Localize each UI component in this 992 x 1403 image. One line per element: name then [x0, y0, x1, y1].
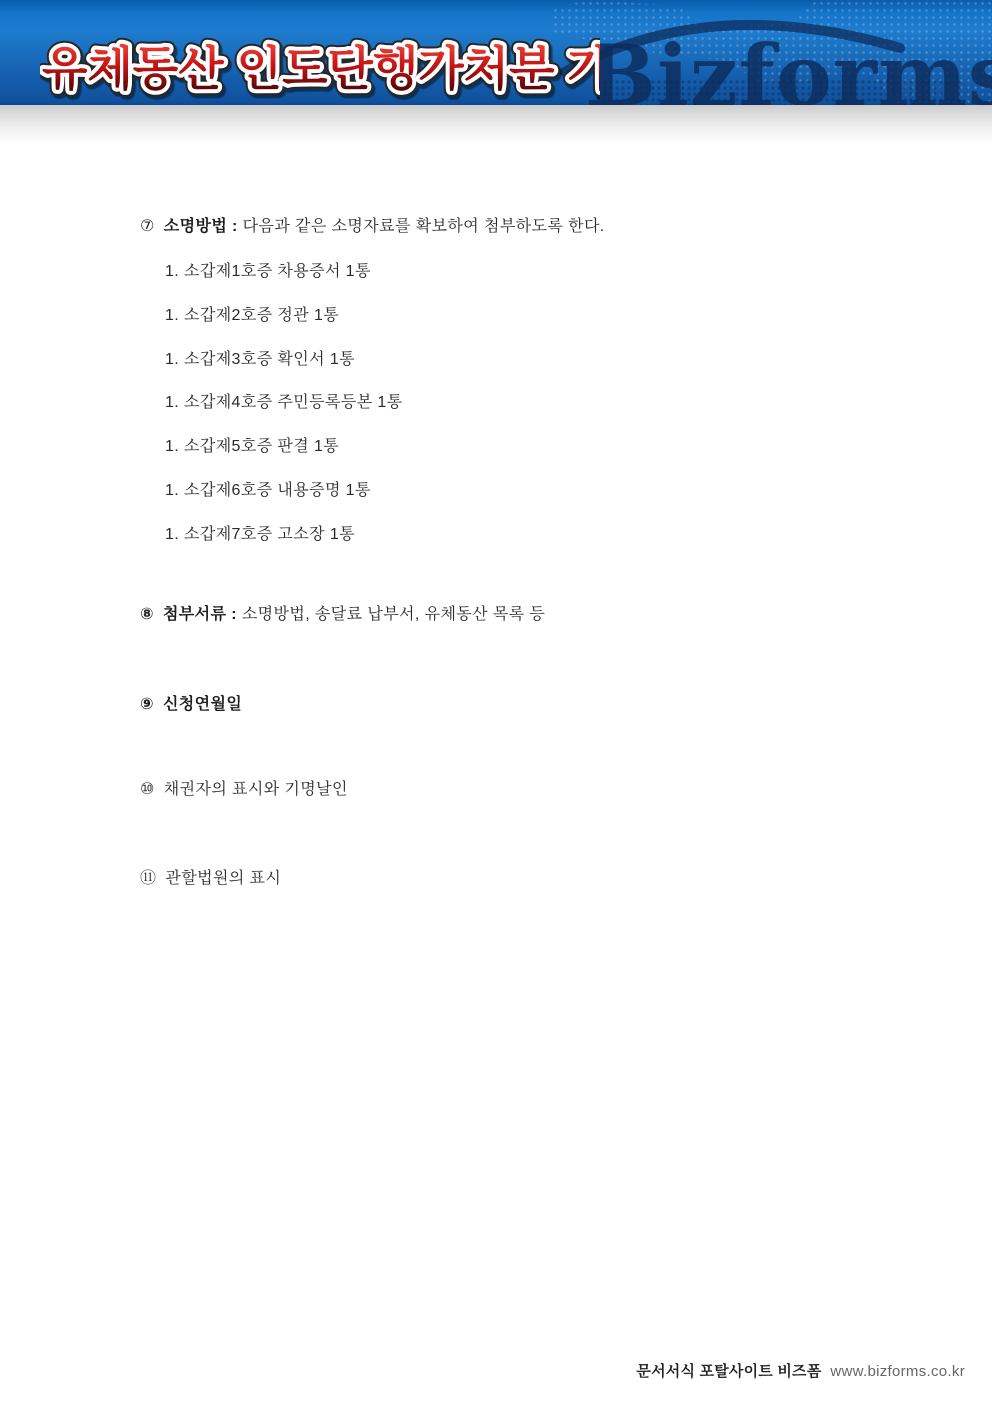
evidence-item-text: 1. 소갑제6호증 내용증명 1통: [165, 482, 371, 499]
item-8-label: 첨부서류: [163, 606, 226, 623]
item-7-text: 다음과 같은 소명자료를 확보하여 첨부하도록 한다.: [243, 218, 605, 235]
item-7-line: ⑦소명방법 : 다음과 같은 소명자료를 확보하여 첨부하도록 한다.: [140, 216, 605, 238]
evidence-item-text: 1. 소갑제7호증 고소장 1통: [165, 526, 355, 543]
footer-url: www.bizforms.co.kr: [830, 1363, 965, 1380]
evidence-list-item: 1. 소갑제7호증 고소장 1통: [165, 524, 355, 546]
evidence-list-item: 1. 소갑제1호증 차용증서 1통: [165, 261, 371, 283]
item-8-text: 소명방법, 송달료 납부서, 유체동산 목록 등: [242, 606, 545, 623]
bizforms-watermark: Bizforms: [585, 34, 992, 105]
evidence-item-text: 1. 소갑제2호증 정관 1통: [165, 307, 339, 324]
item-7-separator: :: [227, 218, 242, 235]
evidence-list-item: 1. 소갑제6호증 내용증명 1통: [165, 480, 371, 502]
header-banner: Bizforms 유체동산 인도단행가처분 가이드북 유체동산 인도단행가처분 …: [0, 0, 992, 105]
evidence-list-item: 1. 소갑제5호증 판결 1통: [165, 436, 339, 458]
evidence-item-text: 1. 소갑제5호증 판결 1통: [165, 438, 339, 455]
evidence-item-text: 1. 소갑제1호증 차용증서 1통: [165, 263, 371, 280]
item-8-line: ⑧첨부서류 : 소명방법, 송달료 납부서, 유체동산 목록 등: [140, 604, 545, 626]
item-9-line: ⑨신청연월일: [140, 694, 242, 716]
document-page: Bizforms 유체동산 인도단행가처분 가이드북 유체동산 인도단행가처분 …: [0, 0, 992, 1403]
item-10-text: 채권자의 표시와 기명날인: [164, 781, 348, 798]
banner-title-graphic: 유체동산 인도단행가처분 가이드북 유체동산 인도단행가처분 가이드북 유체동산…: [40, 28, 600, 105]
evidence-item-text: 1. 소갑제3호증 확인서 1통: [165, 351, 355, 368]
banner-bottom-gradient: [0, 105, 992, 143]
item-11-text: 관할법원의 표시: [165, 870, 281, 887]
item-11-line: ⑪관할법원의 표시: [140, 868, 281, 890]
item-8-separator: :: [226, 606, 241, 623]
item-10-line: ⑩채권자의 표시와 기명날인: [140, 779, 348, 801]
circled-10-marker: ⑩: [140, 781, 155, 798]
circled-8-marker: ⑧: [140, 606, 154, 623]
item-7-label: 소명방법: [164, 218, 227, 235]
evidence-list-item: 1. 소갑제4호증 주민등록등본 1통: [165, 392, 403, 414]
evidence-list-item: 1. 소갑제3호증 확인서 1통: [165, 349, 355, 371]
circled-9-marker: ⑨: [140, 696, 154, 713]
page-title: 유체동산 인도단행가처분 가이드북: [42, 42, 600, 95]
footer-site-label: 문서서식 포탈사이트 비즈폼: [636, 1363, 821, 1380]
circled-7-marker: ⑦: [140, 218, 155, 235]
circled-11-marker: ⑪: [140, 870, 156, 887]
footer: 문서서식 포탈사이트 비즈폼www.bizforms.co.kr: [636, 1362, 965, 1382]
evidence-list-item: 1. 소갑제2호증 정관 1통: [165, 305, 339, 327]
evidence-item-text: 1. 소갑제4호증 주민등록등본 1통: [165, 394, 403, 411]
item-9-text: 신청연월일: [163, 696, 242, 713]
